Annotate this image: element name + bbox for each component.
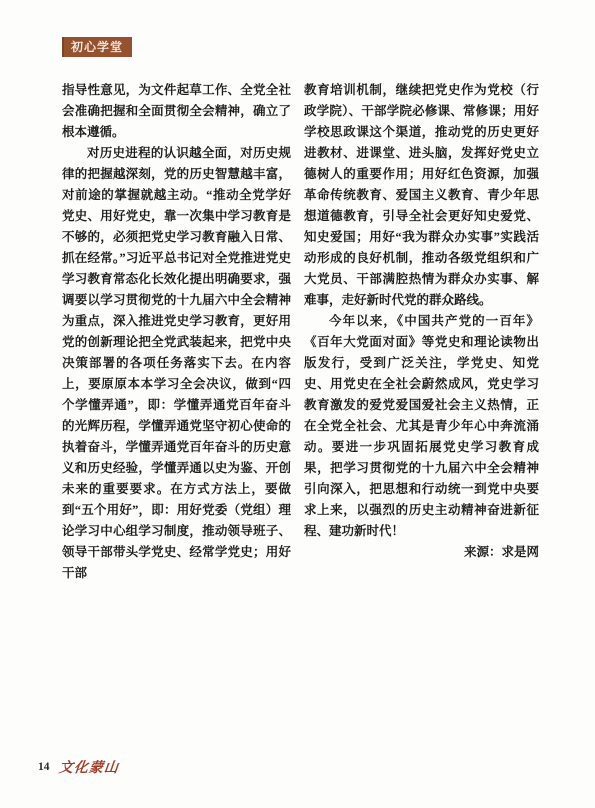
page-footer: 14 文化蒙山	[38, 757, 119, 777]
paragraph: 教育培训机制，继续把党史作为党校（行政学院）、干部学院必修课、常修课；用好学校思…	[304, 80, 539, 311]
paragraph: 指导性意见，为文件起草工作、全党全社会准确把握和全面贯彻全会精神，确立了根本遵循…	[62, 80, 291, 143]
paragraph: 今年以来，《中国共产党的一百年》《百年大党面对面》等党史和理论读物出版发行，受到…	[304, 311, 539, 542]
article-column-right: 教育培训机制，继续把党史作为党校（行政学院）、干部学院必修课、常修课；用好学校思…	[304, 80, 539, 584]
source-line: 来源：求是网	[304, 542, 539, 563]
article-body: 指导性意见，为文件起草工作、全党全社会准确把握和全面贯彻全会精神，确立了根本遵循…	[62, 80, 539, 584]
page-number: 14	[38, 761, 50, 773]
magazine-page: 初心学堂 指导性意见，为文件起草工作、全党全社会准确把握和全面贯彻全会精神，确立…	[0, 0, 595, 808]
magazine-logo-calligraphy: 文化蒙山	[57, 757, 119, 777]
section-badge: 初心学堂	[62, 37, 132, 57]
paragraph: 对历史进程的认识越全面，对历史规律的把握越深刻，党的历史智慧越丰富，对前途的掌握…	[62, 143, 291, 584]
article-column-left: 指导性意见，为文件起草工作、全党全社会准确把握和全面贯彻全会精神，确立了根本遵循…	[62, 80, 291, 584]
